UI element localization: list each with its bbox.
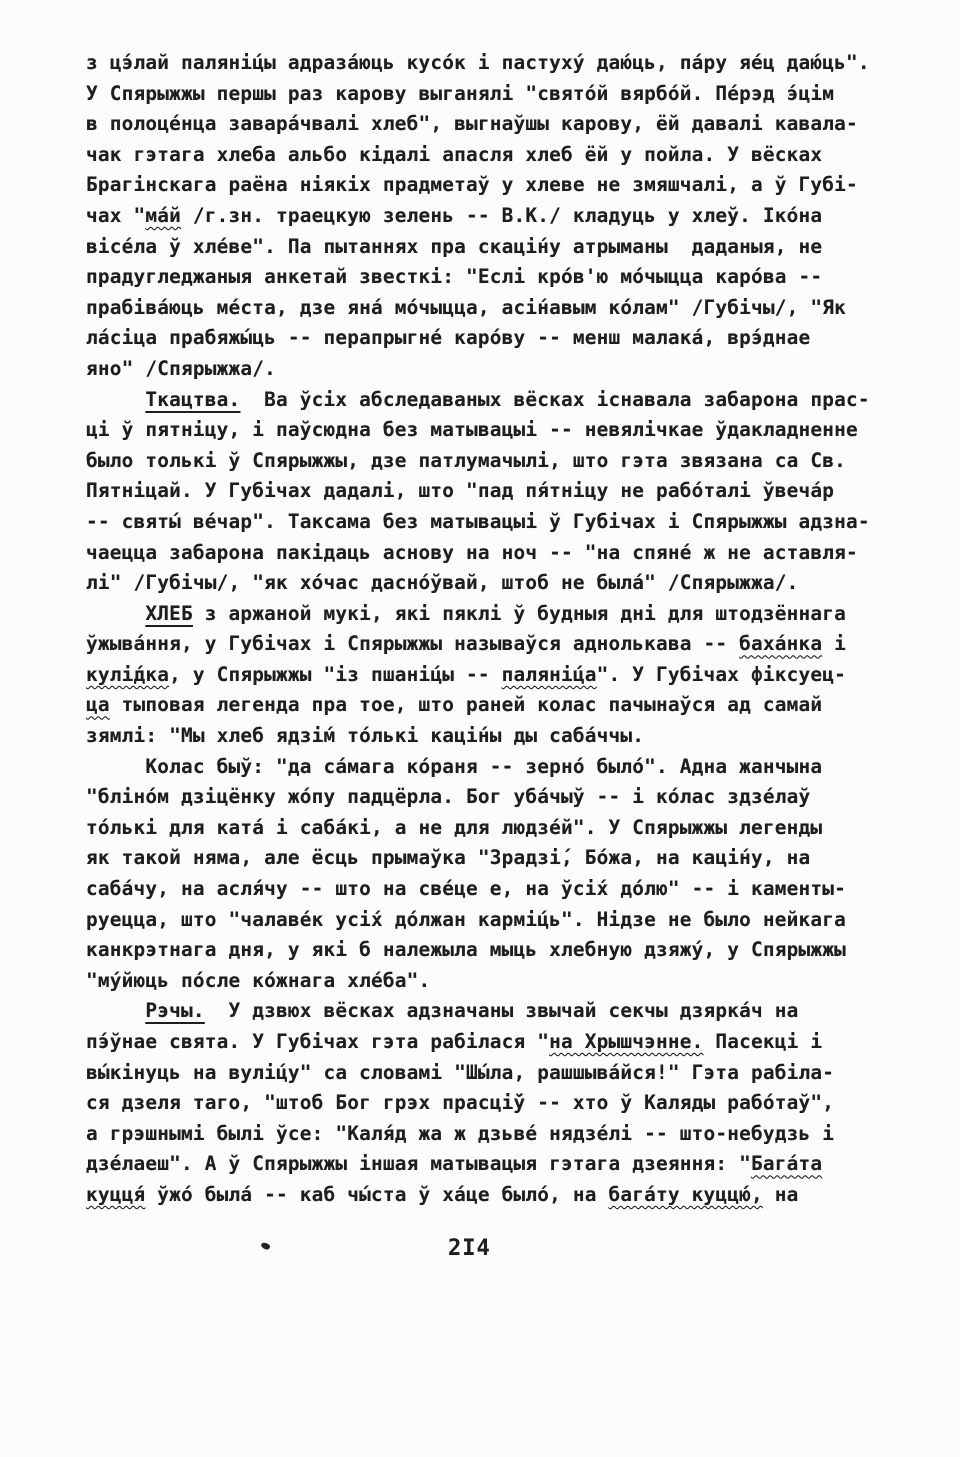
page-number: 2I4	[448, 1236, 491, 1261]
text-line: зямлі: "Мы хлеб ядзі́м то́лькі каці́ны д…	[86, 721, 896, 752]
text-line: з цэ́лай паляні́цы адраза́юць кусо́к і п…	[86, 48, 896, 79]
underlined-text-segment: ца	[86, 693, 110, 716]
text-segment: пэ́ўнае свята. У Губічах гэта рабілася "	[86, 1030, 549, 1053]
text-segment: лі" /Губічы/, "як хо́час дасно́ўвай, што…	[86, 571, 798, 594]
text-line: лі" /Губічы/, "як хо́час дасно́ўвай, што…	[86, 568, 896, 599]
text-line: Колас быў: "да са́мага ко́раня -- зерно́…	[86, 752, 896, 783]
text-segment: дзе́лаеш". А ў Спярыжжы іншая матывацыя …	[86, 1152, 751, 1175]
text-line: кулі́дка, у Спярыжжы "із пшані́цы -- пал…	[86, 660, 896, 691]
text-line: канкрэтнага дня, у які б належыла мыць х…	[86, 935, 896, 966]
text-segment: вісе́ла ў хле́ве". Па пытаннях пра скаці…	[86, 235, 822, 258]
text-segment: саба́чу, на асля́чу -- што на све́це е, …	[86, 877, 846, 900]
text-line: прабіва́юць ме́ста, дзе яна́ мо́чыцца, а…	[86, 293, 896, 324]
text-line: чах "ма́й /г.зн. траецкую зелень -- В.К.…	[86, 201, 896, 232]
text-line: Брагінскага раёна ніякіх прадметаў у хле…	[86, 170, 896, 201]
scanned-page: з цэ́лай паляні́цы адраза́юць кусо́к і п…	[0, 0, 960, 1457]
text-line: ся дзеля таго, "штоб Бог грэх прасці́ў -…	[86, 1088, 896, 1119]
text-line: было толькі ў Спярыжжы, дзе патлумачылі,…	[86, 446, 896, 477]
text-segment: /г.зн. траецкую зелень -- В.К./ кладуць …	[181, 204, 822, 227]
underlined-text-segment: Рэчы.	[145, 999, 204, 1022]
text-line: ХЛЕБ з аржаной мукі, які пяклі ў будныя …	[86, 599, 896, 630]
text-line: дзе́лаеш". А ў Спярыжжы іншая матывацыя …	[86, 1149, 896, 1180]
text-segment: прадугледжаныя анкетай звесткі: "Еслі кр…	[86, 265, 822, 288]
text-line: Ткацтва. Ва ўсіх абследаваных вёсках існ…	[86, 385, 896, 416]
text-segment: было толькі ў Спярыжжы, дзе патлумачылі,…	[86, 449, 846, 472]
text-line: як такой няма, але ёсць прымаўка "Зрадзі…	[86, 843, 896, 874]
text-line: -- святы́ ве́чар". Таксама без матывацыі…	[86, 507, 896, 538]
text-line: "му́йюць по́сле ко́жнага хле́ба".	[86, 966, 896, 997]
text-segment: прабіва́юць ме́ста, дзе яна́ мо́чыцца, а…	[86, 296, 846, 319]
text-segment: "му́йюць по́сле ко́жнага хле́ба".	[86, 969, 430, 992]
text-segment	[86, 999, 145, 1022]
underlined-text-segment: бага́ту куццю́,	[608, 1183, 762, 1206]
text-line: ла́сіца прабяжы́ць -- перапрыгне́ каро́в…	[86, 323, 896, 354]
underlined-text-segment: кулі́дка	[86, 663, 169, 686]
underlined-text-segment: Ткацтва.	[145, 388, 240, 411]
text-segment: ўжо́ была́ -- каб чы́ста ў ха́це было́, …	[145, 1183, 608, 1206]
underlined-text-segment: баха́нка	[739, 632, 822, 655]
text-segment: руецца, што "чалаве́к усі́х до́лжан карм…	[86, 908, 846, 931]
text-line: то́лькі для ката́ і саба́кі, а не для лю…	[86, 813, 896, 844]
text-segment: канкрэтнага дня, у які б належыла мыць х…	[86, 938, 846, 961]
underlined-text-segment: ма́й	[145, 204, 181, 227]
text-line: ўжыва́ння, у Губічах і Спярыжжы называўс…	[86, 629, 896, 660]
text-line: руецца, што "чалаве́к усі́х до́лжан карм…	[86, 905, 896, 936]
text-segment: тыповая легенда пра тое, што раней колас…	[110, 693, 822, 716]
text-segment: яно" /Спярыжжа/.	[86, 357, 276, 380]
text-segment: чак гэтага хлеба альбо кідалі апасля хле…	[86, 143, 822, 166]
text-segment: на	[763, 1183, 799, 1206]
underlined-text-segment: куцця́	[86, 1183, 145, 1206]
text-line: прадугледжаныя анкетай звесткі: "Еслі кр…	[86, 262, 896, 293]
text-segment: чах "	[86, 204, 145, 227]
text-segment: ся дзеля таго, "штоб Бог грэх прасці́ў -…	[86, 1091, 834, 1114]
text-line: в полоце́нца завара́чвалі хлеб", выгнаўш…	[86, 109, 896, 140]
text-segment: "бліно́м дзіцёнку жо́пу падцёрла. Бог уб…	[86, 785, 810, 808]
text-line: а грэшнымі былі ўсе: "Каля́д жа ж дзьве́…	[86, 1119, 896, 1150]
underlined-text-segment: ХЛЕБ	[145, 602, 193, 625]
text-segment: ўжыва́ння, у Губічах і Спярыжжы называўс…	[86, 632, 739, 655]
text-segment: Брагінскага раёна ніякіх прадметаў у хле…	[86, 173, 858, 196]
text-segment: зямлі: "Мы хлеб ядзі́м то́лькі каці́ны д…	[86, 724, 644, 747]
text-line: ці ў пятніцу, і паўсюдна без матывацыі -…	[86, 415, 896, 446]
text-segment: як такой няма, але ёсць прымаўка "Зрадзі…	[86, 846, 810, 869]
text-line: Рэчы. У дзвюх вёсках адзначаны звычай се…	[86, 996, 896, 1027]
text-line: "бліно́м дзіцёнку жо́пу падцёрла. Бог уб…	[86, 782, 896, 813]
text-segment: з аржаной мукі, які пяклі ў будныя дні д…	[193, 602, 846, 625]
underlined-text-segment: паляні́ца	[502, 663, 597, 686]
text-segment: ці ў пятніцу, і паўсюдна без матывацыі -…	[86, 418, 858, 441]
text-segment: а грэшнымі былі ўсе: "Каля́д жа ж дзьве́…	[86, 1122, 834, 1145]
text-segment: -- святы́ ве́чар". Таксама без матывацыі…	[86, 510, 870, 533]
text-line: ца тыповая легенда пра тое, што раней ко…	[86, 690, 896, 721]
text-segment: в полоце́нца завара́чвалі хлеб", выгнаўш…	[86, 112, 858, 135]
ink-smudge-mark	[260, 1241, 271, 1251]
text-segment: Колас быў: "да са́мага ко́раня -- зерно́…	[86, 755, 822, 778]
text-segment: чаецца забарона пакідаць аснову на ноч -…	[86, 541, 858, 564]
text-segment	[86, 602, 145, 625]
text-segment: У дзвюх вёсках адзначаны звычай секчы дз…	[205, 999, 799, 1022]
text-line: яно" /Спярыжжа/.	[86, 354, 896, 385]
text-line: чак гэтага хлеба альбо кідалі апасля хле…	[86, 140, 896, 171]
text-line: пэ́ўнае свята. У Губічах гэта рабілася "…	[86, 1027, 896, 1058]
text-segment: то́лькі для ката́ і саба́кі, а не для лю…	[86, 816, 822, 839]
text-line: саба́чу, на асля́чу -- што на све́це е, …	[86, 874, 896, 905]
text-segment	[86, 388, 145, 411]
text-line: У Спярыжжы першы раз карову выганялі "св…	[86, 79, 896, 110]
text-segment: вы́кінуць на вулі́цу" са словамі "Шы́ла,…	[86, 1061, 834, 1084]
text-segment: і	[822, 632, 846, 655]
text-line: вісе́ла ў хле́ве". Па пытаннях пра скаці…	[86, 232, 896, 263]
text-line: куцця́ ўжо́ была́ -- каб чы́ста ў ха́це …	[86, 1180, 896, 1211]
text-segment: ". У Губічах фіксуец-	[597, 663, 846, 686]
text-segment: ла́сіца прабяжы́ць -- перапрыгне́ каро́в…	[86, 326, 810, 349]
text-segment: У Спярыжжы першы раз карову выганялі "св…	[86, 82, 834, 105]
text-segment: , у Спярыжжы "із пшані́цы --	[169, 663, 501, 686]
text-segment: Ва ўсіх абследаваных вёсках існавала заб…	[240, 388, 869, 411]
text-line: чаецца забарона пакідаць аснову на ноч -…	[86, 538, 896, 569]
text-segment: Пасекці і	[703, 1030, 822, 1053]
underlined-text-segment: на Хрышчэнне.	[549, 1030, 703, 1053]
text-line: Пятніцай. У Губічах дадалі, што "пад пя́…	[86, 476, 896, 507]
text-line: вы́кінуць на вулі́цу" са словамі "Шы́ла,…	[86, 1058, 896, 1089]
text-segment: з цэ́лай паляні́цы адраза́юць кусо́к і п…	[86, 51, 870, 74]
underlined-text-segment: Бага́та	[751, 1152, 822, 1175]
document-text-block: з цэ́лай паляні́цы адраза́юць кусо́к і п…	[86, 48, 896, 1211]
text-segment: Пятніцай. У Губічах дадалі, што "пад пя́…	[86, 479, 834, 502]
